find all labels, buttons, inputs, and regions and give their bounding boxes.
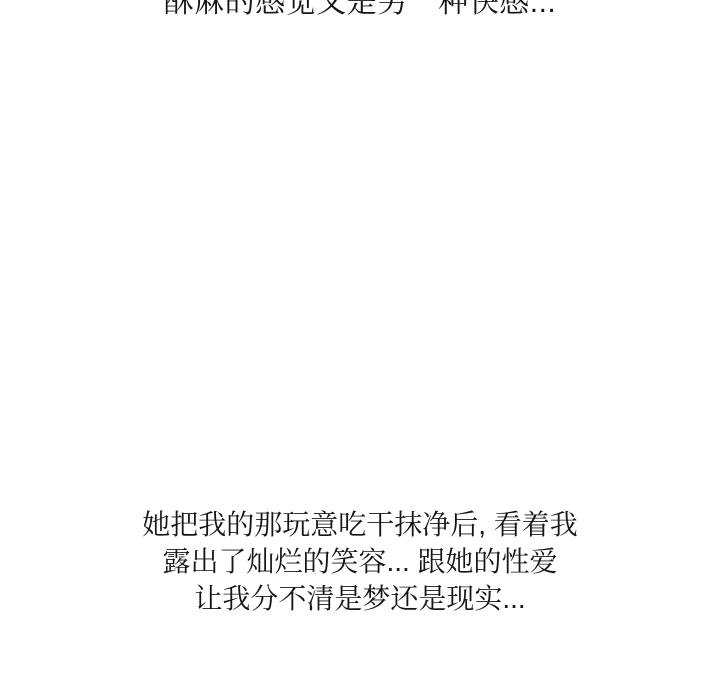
bottom-caption: 她把我的那玩意吃干抹净后, 看着我 露出了灿烂的笑容... 跟她的性爱 让我分不… — [0, 506, 720, 617]
caption-line: 露出了灿烂的笑容... 跟她的性爱 — [0, 543, 720, 580]
top-caption-partial: 酥麻的感觉又是另一种快感... — [0, 0, 720, 18]
comic-page: 酥麻的感觉又是另一种快感... 她把我的那玩意吃干抹净后, 看着我 露出了灿烂的… — [0, 0, 720, 700]
caption-line: 让我分不清是梦还是现实... — [0, 580, 720, 617]
caption-line: 她把我的那玩意吃干抹净后, 看着我 — [0, 506, 720, 543]
